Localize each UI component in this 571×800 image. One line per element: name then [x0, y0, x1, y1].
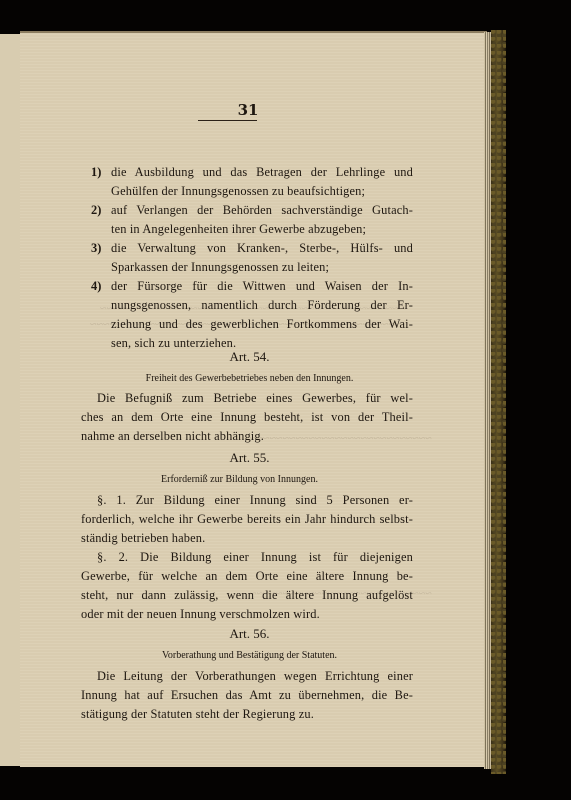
paragraph-line: ständig betrieben haben. — [81, 531, 205, 546]
list-marker: 4) — [91, 279, 101, 294]
paragraph-line: nahme an derselben nicht abhängig. — [81, 429, 264, 444]
list-marker: 1) — [91, 165, 101, 180]
list-item-line: ziehung und des gewerblichen Fortkommens… — [111, 317, 413, 332]
book-cover-edge — [491, 30, 506, 774]
list-marker: 3) — [91, 241, 101, 256]
article-heading: Art. 56. — [16, 626, 483, 642]
list-item-line: nungsgenossen, namentlich durch Förderun… — [111, 298, 413, 313]
article-subheading: Vorberathung und Bestätigung der Statute… — [16, 650, 483, 661]
article-subheading: Erforderniß zur Bildung von Innungen. — [6, 474, 473, 485]
paragraph-line: stätigung der Statuten steht der Regieru… — [81, 707, 314, 722]
article-heading: Art. 55. — [16, 450, 483, 466]
paragraph-line: Gewerbe, für welche an dem Orte eine ält… — [81, 569, 413, 584]
list-item-line: die Verwaltung von Kranken-, Sterbe-, Hü… — [111, 241, 413, 256]
bleed-through-text: ~~~~~~~~~~~~~~~~~~~~~~~~~~~~ — [250, 431, 432, 446]
paragraph-line: §. 2. Die Bildung einer Innung ist für d… — [97, 550, 413, 565]
list-item-line: ten in Angelegenheiten ihrer Gewerbe abz… — [111, 222, 366, 237]
paragraph-line: oder mit der neuen Innung verschmolzen w… — [81, 607, 320, 622]
paragraph-line: steht, nur dann zulässig, wenn die älter… — [81, 588, 413, 603]
paragraph-line: Innung hat auf Ersuchen das Amt zu übern… — [81, 688, 413, 703]
paragraph-line: Die Leitung der Vorberathungen wegen Err… — [97, 669, 413, 684]
list-item-line: die Ausbildung und das Betragen der Lehr… — [111, 165, 413, 180]
page-number-rule — [198, 120, 257, 121]
page-content: 31 ~~~~~~~~~~~~~~~~~~~~~~~~~~~~~~~~~~~~~… — [20, 31, 487, 767]
paragraph-line: §. 1. Zur Bildung einer Innung sind 5 Pe… — [97, 493, 413, 508]
paragraph-line: forderlich, welche ihr Gewerbe bereits e… — [81, 512, 413, 527]
book-page: 31 ~~~~~~~~~~~~~~~~~~~~~~~~~~~~~~~~~~~~~… — [20, 31, 487, 767]
list-item-line: der Fürsorge für die Wittwen und Waisen … — [111, 279, 413, 294]
paragraph-line: ches an dem Orte eine Innung besteht, is… — [81, 410, 413, 425]
list-item-line: Sparkassen der Innungsgenossen zu leiten… — [111, 260, 329, 275]
article-heading: Art. 54. — [16, 349, 483, 365]
paragraph-line: Die Befugniß zum Betriebe eines Gewerbes… — [97, 391, 413, 406]
page-block-edge — [484, 32, 491, 769]
article-subheading: Freiheit des Gewerbebetriebes neben den … — [16, 373, 483, 384]
list-marker: 2) — [91, 203, 101, 218]
list-item-line: Gehülfen der Innungsgenossen zu beaufsic… — [111, 184, 365, 199]
page-number: 31 — [233, 101, 263, 119]
list-item-line: auf Verlangen der Behörden sachverständi… — [111, 203, 413, 218]
